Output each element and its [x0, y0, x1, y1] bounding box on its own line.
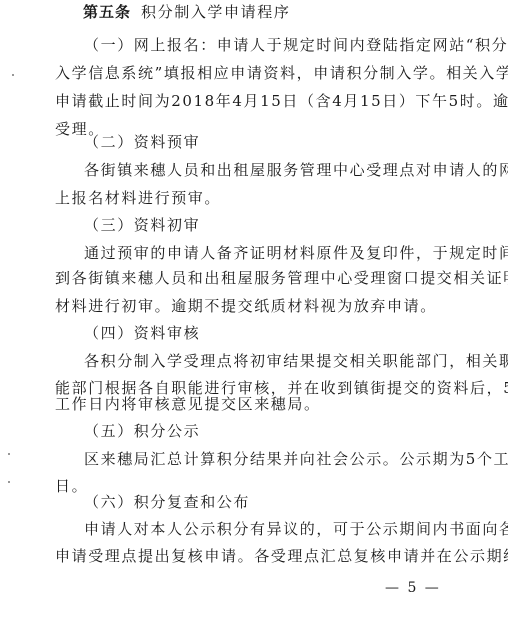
scan-artifact-dot: [12, 74, 14, 76]
scan-artifact-dot: [8, 453, 10, 455]
text-line: 工作日内将审核意见提交区来穗局。: [55, 394, 321, 414]
text-line: 到各街镇来穗人员和出租屋服务管理中心受理窗口提交相关证明: [55, 268, 508, 288]
text-line: （四）资料审核: [84, 323, 200, 343]
text-line: 申请受理点提出复核申请。各受理点汇总复核申请并在公示期结: [55, 546, 508, 566]
text-line: （一）网上报名：申请人于规定时间内登陆指定网站“积分: [84, 35, 508, 55]
text-line: （三）资料初审: [84, 215, 200, 235]
page-number: — 5 —: [385, 580, 441, 596]
article-heading: 第五条积分制入学申请程序: [83, 2, 290, 22]
text-line: （五）积分公示: [84, 421, 200, 441]
article-number: 第五条: [83, 3, 131, 21]
text-line: 通过预审的申请人备齐证明材料原件及复印件，于规定时间: [84, 243, 508, 263]
text-line: 申请截止时间为2018年4月15日（含4月15日）下午5时。逾期不予: [55, 91, 508, 111]
text-line: 入学信息系统”填报相应申请资料，申请积分制入学。相关入学: [55, 63, 508, 83]
text-line: （二）资料预审: [84, 132, 200, 152]
scan-artifact-dot: [8, 481, 10, 483]
text-line: 材料进行初审。逾期不提交纸质材料视为放弃申请。: [55, 296, 437, 316]
text-line: 区来穗局汇总计算积分结果并向社会公示。公示期为5个工作: [84, 449, 508, 469]
text-line: 上报名材料进行预审。: [55, 188, 221, 208]
text-line: 申请人对本人公示积分有异议的，可于公示期间内书面向各: [84, 519, 508, 539]
text-line: 各积分制入学受理点将初审结果提交相关职能部门，相关职: [84, 351, 508, 371]
text-line: 各街镇来穗人员和出租屋服务管理中心受理点对申请人的网: [84, 160, 508, 180]
text-line: （六）积分复查和公布: [84, 492, 250, 512]
article-title: 积分制入学申请程序: [141, 3, 290, 21]
